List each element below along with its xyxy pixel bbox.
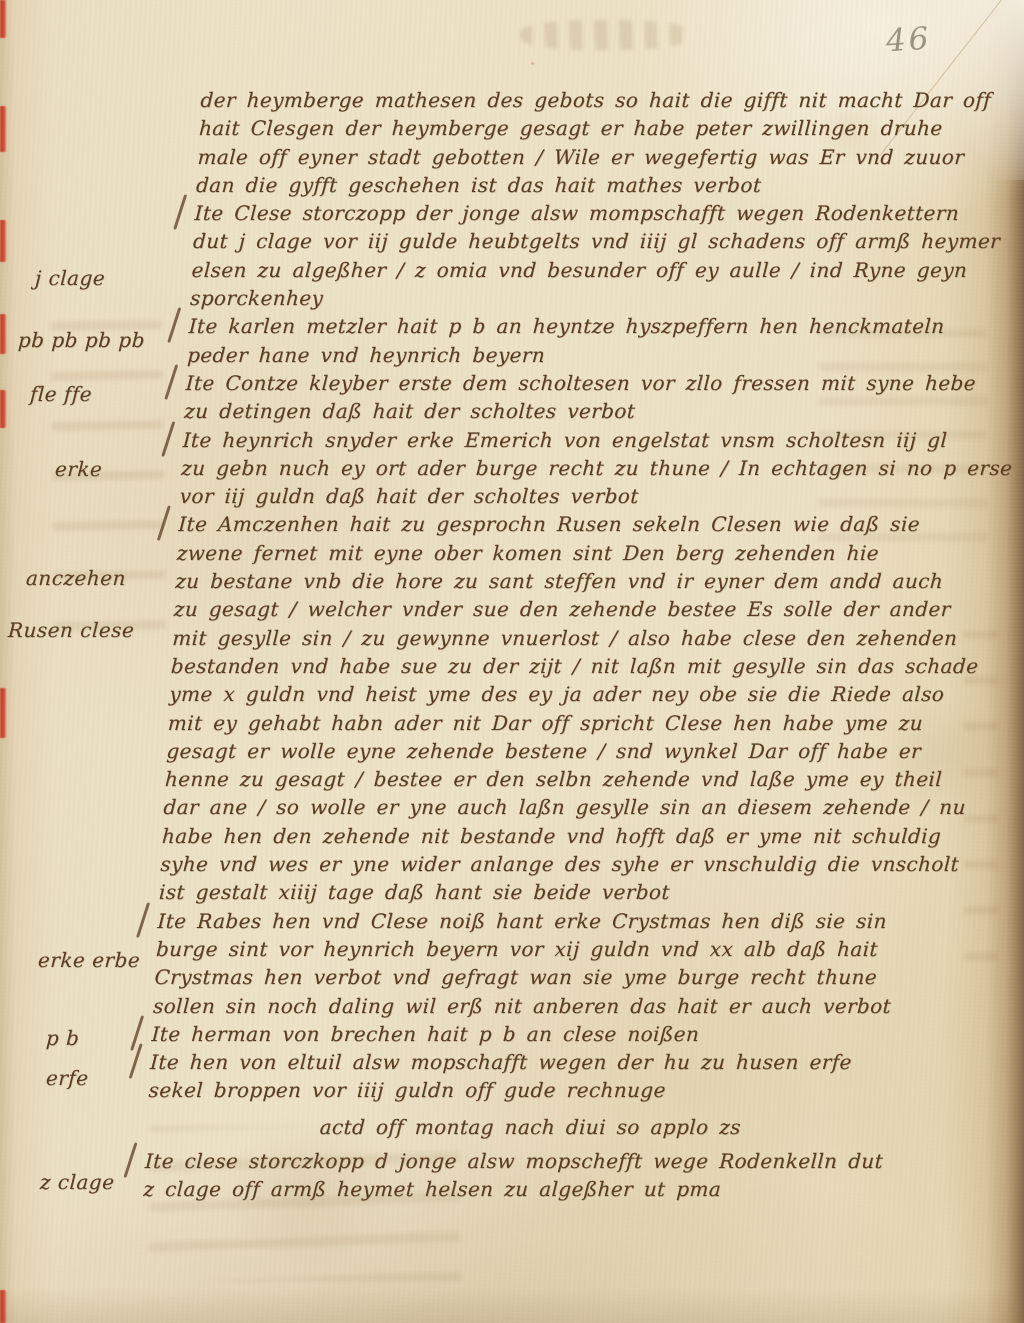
margin-note: fle ffe: [29, 382, 92, 406]
manuscript-line: ist gestalt xiiij tage daß hant sie beid…: [158, 878, 974, 906]
manuscript-line: henne zu gesagt / bestee er den selbn ze…: [164, 765, 980, 793]
manuscript-line: der heymberge mathesen des gebots so hai…: [200, 86, 1016, 114]
manuscript-line: Ite herman von brechen hait p b an clese…: [151, 1020, 967, 1048]
manuscript-line: Ite hen von eltuil alsw mopschafft wegen…: [149, 1048, 965, 1076]
manuscript-page: 46 j clagepb pb pb pbfle ffeerkeanczehen…: [0, 0, 1024, 1323]
manuscript-line: dut j clage vor iij gulde heubtgelts vnd…: [192, 227, 1008, 255]
margin-note: erfe: [45, 1066, 89, 1090]
manuscript-line: zu bestane vnb die hore zu sant steffen …: [175, 567, 991, 595]
manuscript-line: Ite Amczenhen hait zu gesprochn Rusen se…: [178, 510, 994, 538]
showthrough-ghost: [520, 20, 690, 50]
manuscript-line: zu detingen daß hait der scholtes verbot: [183, 397, 999, 425]
margin-note: Rusen clese: [7, 618, 135, 642]
margin-note: erke erbe: [37, 948, 141, 972]
manuscript-line: burge sint vor heynrich beyern vor xij g…: [155, 935, 971, 963]
manuscript-line: Ite heynrich snyder erke Emerich von eng…: [182, 426, 998, 454]
margin-note: anczehen: [25, 566, 126, 590]
manuscript-line: z clage off armß heymet helsen zu algeßh…: [143, 1175, 959, 1203]
red-edge-mark: [0, 390, 7, 428]
margin-note: erke: [54, 457, 103, 481]
manuscript-line: hait Clesgen der heymberge gesagt er hab…: [198, 114, 1014, 142]
main-text-block: der heymberge mathesen des gebots so hai…: [143, 86, 1017, 1204]
red-edge-mark: [0, 0, 7, 38]
manuscript-line: mit gesylle sin / zu gewynne vnuerlost /…: [172, 624, 988, 652]
margin-note: pb pb pb pb: [17, 328, 145, 352]
manuscript-line: actd off montag nach diui so applo zs: [319, 1113, 962, 1141]
margin-note: z clage: [39, 1170, 115, 1194]
manuscript-line: Ite clese storczkopp d jonge alsw mopsch…: [144, 1147, 960, 1175]
manuscript-line: male off eyner stadt gebotten / Wile er …: [197, 143, 1013, 171]
manuscript-line: gesagt er wolle eyne zehende bestene / s…: [166, 737, 982, 765]
folio-number: 46: [885, 20, 933, 59]
manuscript-line: syhe vnd wes er yne wider anlange des sy…: [160, 850, 976, 878]
manuscript-line: vor iij guldn daß hait der scholtes verb…: [179, 482, 995, 510]
manuscript-line: zu gebn nuch ey ort ader burge recht zu …: [181, 454, 997, 482]
margin-note: j clage: [34, 266, 105, 290]
manuscript-line: yme x guldn vnd heist yme des ey ja ader…: [169, 680, 985, 708]
manuscript-line: bestanden vnd habe sue zu der zijt / nit…: [170, 652, 986, 680]
manuscript-line: Ite Rabes hen vnd Clese noiß hant erke C…: [157, 907, 973, 935]
manuscript-line: Ite Contze kleyber erste dem scholtesen …: [185, 369, 1001, 397]
manuscript-line: zwene fernet mit eyne ober komen sint De…: [176, 539, 992, 567]
manuscript-line: sporckenhey: [189, 284, 1005, 312]
red-edge-mark: [0, 106, 7, 152]
manuscript-line: Crystmas hen verbot vnd gefragt wan sie …: [154, 963, 970, 991]
manuscript-line: Ite karlen metzler hait p b an heyntze h…: [188, 312, 1004, 340]
manuscript-line: habe hen den zehende nit bestande vnd ho…: [161, 822, 977, 850]
manuscript-line: sollen sin noch daling wil erß nit anber…: [152, 992, 968, 1020]
manuscript-line: peder hane vnd heynrich beyern: [186, 341, 1002, 369]
red-edge-mark: [0, 314, 7, 354]
red-edge-mark: [0, 1290, 7, 1323]
manuscript-line: Ite Clese storczopp der jonge alsw momps…: [194, 199, 1010, 227]
red-edge-mark: [0, 688, 7, 738]
manuscript-line: elsen zu algeßher / z omia vnd besunder …: [191, 256, 1007, 284]
manuscript-line: dar ane / so wolle er yne auch laßn gesy…: [163, 793, 979, 821]
manuscript-line: zu gesagt / welcher vnder sue den zehend…: [173, 595, 989, 623]
manuscript-line: sekel broppen vor iiij guldn off gude re…: [148, 1076, 964, 1104]
manuscript-line: mit ey gehabt habn ader nit Dar off spri…: [167, 709, 983, 737]
margin-note: p b: [45, 1026, 80, 1050]
red-edge-mark: [0, 220, 7, 262]
manuscript-line: dan die gyfft geschehen ist das hait mat…: [195, 171, 1011, 199]
